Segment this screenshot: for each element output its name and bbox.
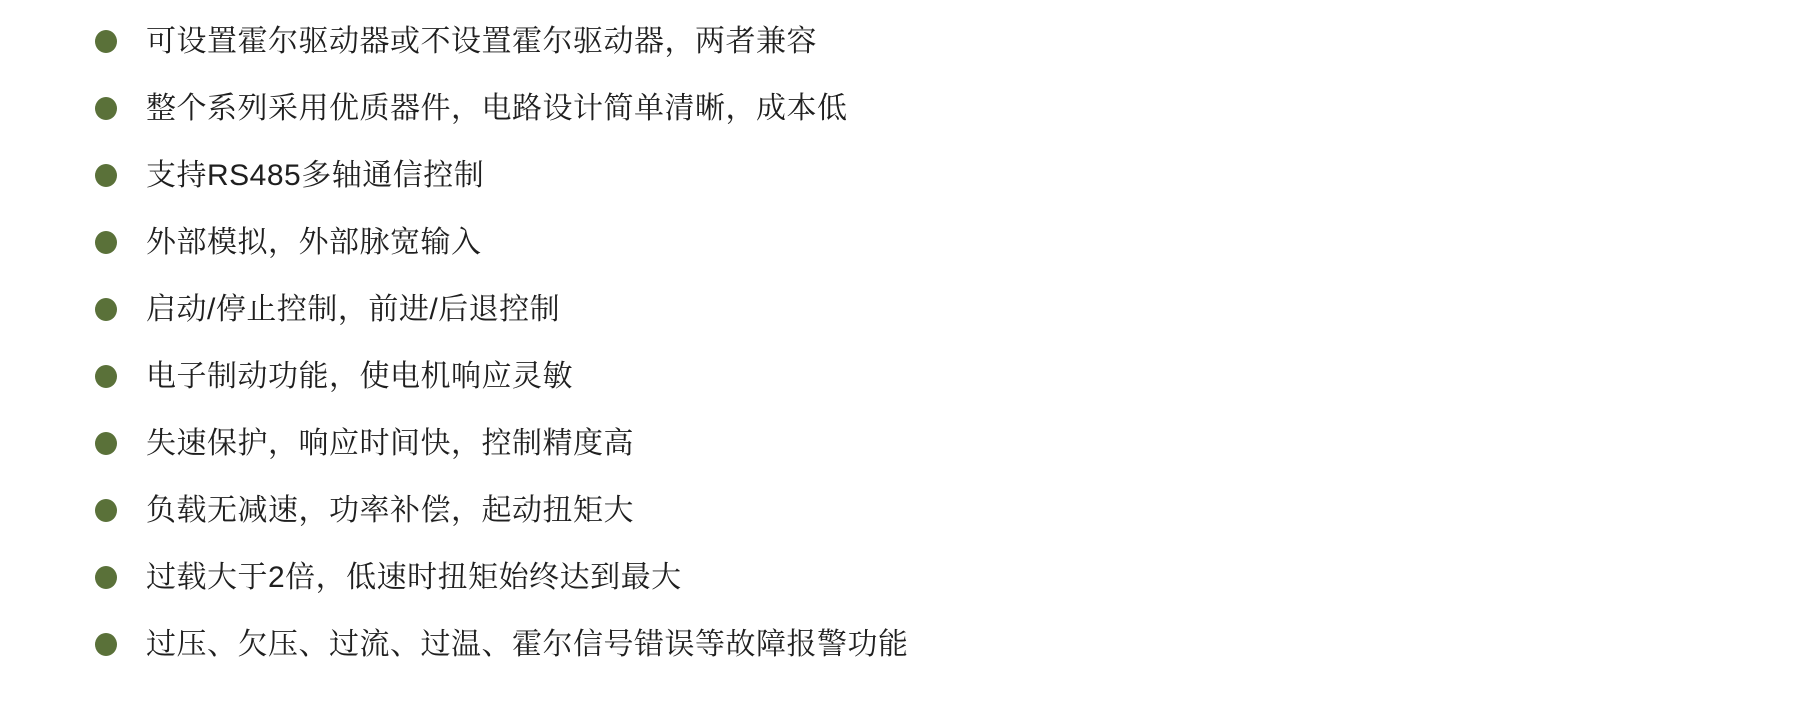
list-item: 启动/停止控制，前进/后退控制	[95, 294, 1800, 325]
feature-text: 支持RS485多轴通信控制	[146, 160, 484, 191]
bullet-icon	[95, 231, 117, 254]
bullet-icon	[95, 432, 117, 455]
bullet-icon	[95, 633, 117, 656]
list-item: 支持RS485多轴通信控制	[95, 160, 1800, 191]
list-item: 电子制动功能，使电机响应灵敏	[95, 361, 1800, 392]
list-item: 过压、欠压、过流、过温、霍尔信号错误等故障报警功能	[95, 629, 1800, 660]
feature-text: 电子制动功能，使电机响应灵敏	[146, 361, 573, 392]
bullet-icon	[95, 97, 117, 120]
feature-text: 外部模拟，外部脉宽输入	[146, 227, 482, 258]
feature-text: 过压、欠压、过流、过温、霍尔信号错误等故障报警功能	[146, 629, 909, 660]
list-item: 负载无减速，功率补偿，起动扭矩大	[95, 495, 1800, 526]
bullet-icon	[95, 566, 117, 589]
list-item: 失速保护，响应时间快，控制精度高	[95, 428, 1800, 459]
list-item: 整个系列采用优质器件，电路设计简单清晰，成本低	[95, 93, 1800, 124]
feature-list: 可设置霍尔驱动器或不设置霍尔驱动器，两者兼容 整个系列采用优质器件，电路设计简单…	[0, 0, 1800, 660]
bullet-icon	[95, 298, 117, 321]
page: 可设置霍尔驱动器或不设置霍尔驱动器，两者兼容 整个系列采用优质器件，电路设计简单…	[0, 0, 1800, 705]
feature-text: 过载大于2倍，低速时扭矩始终达到最大	[146, 562, 682, 593]
bullet-icon	[95, 30, 117, 53]
list-item: 可设置霍尔驱动器或不设置霍尔驱动器，两者兼容	[95, 26, 1800, 57]
feature-text: 整个系列采用优质器件，电路设计简单清晰，成本低	[146, 93, 848, 124]
bullet-icon	[95, 499, 117, 522]
list-item: 过载大于2倍，低速时扭矩始终达到最大	[95, 562, 1800, 593]
feature-text: 失速保护，响应时间快，控制精度高	[146, 428, 634, 459]
feature-text: 启动/停止控制，前进/后退控制	[146, 294, 560, 325]
bullet-icon	[95, 164, 117, 187]
list-item: 外部模拟，外部脉宽输入	[95, 227, 1800, 258]
bullet-icon	[95, 365, 117, 388]
feature-text: 可设置霍尔驱动器或不设置霍尔驱动器，两者兼容	[146, 26, 817, 57]
feature-text: 负载无减速，功率补偿，起动扭矩大	[146, 495, 634, 526]
